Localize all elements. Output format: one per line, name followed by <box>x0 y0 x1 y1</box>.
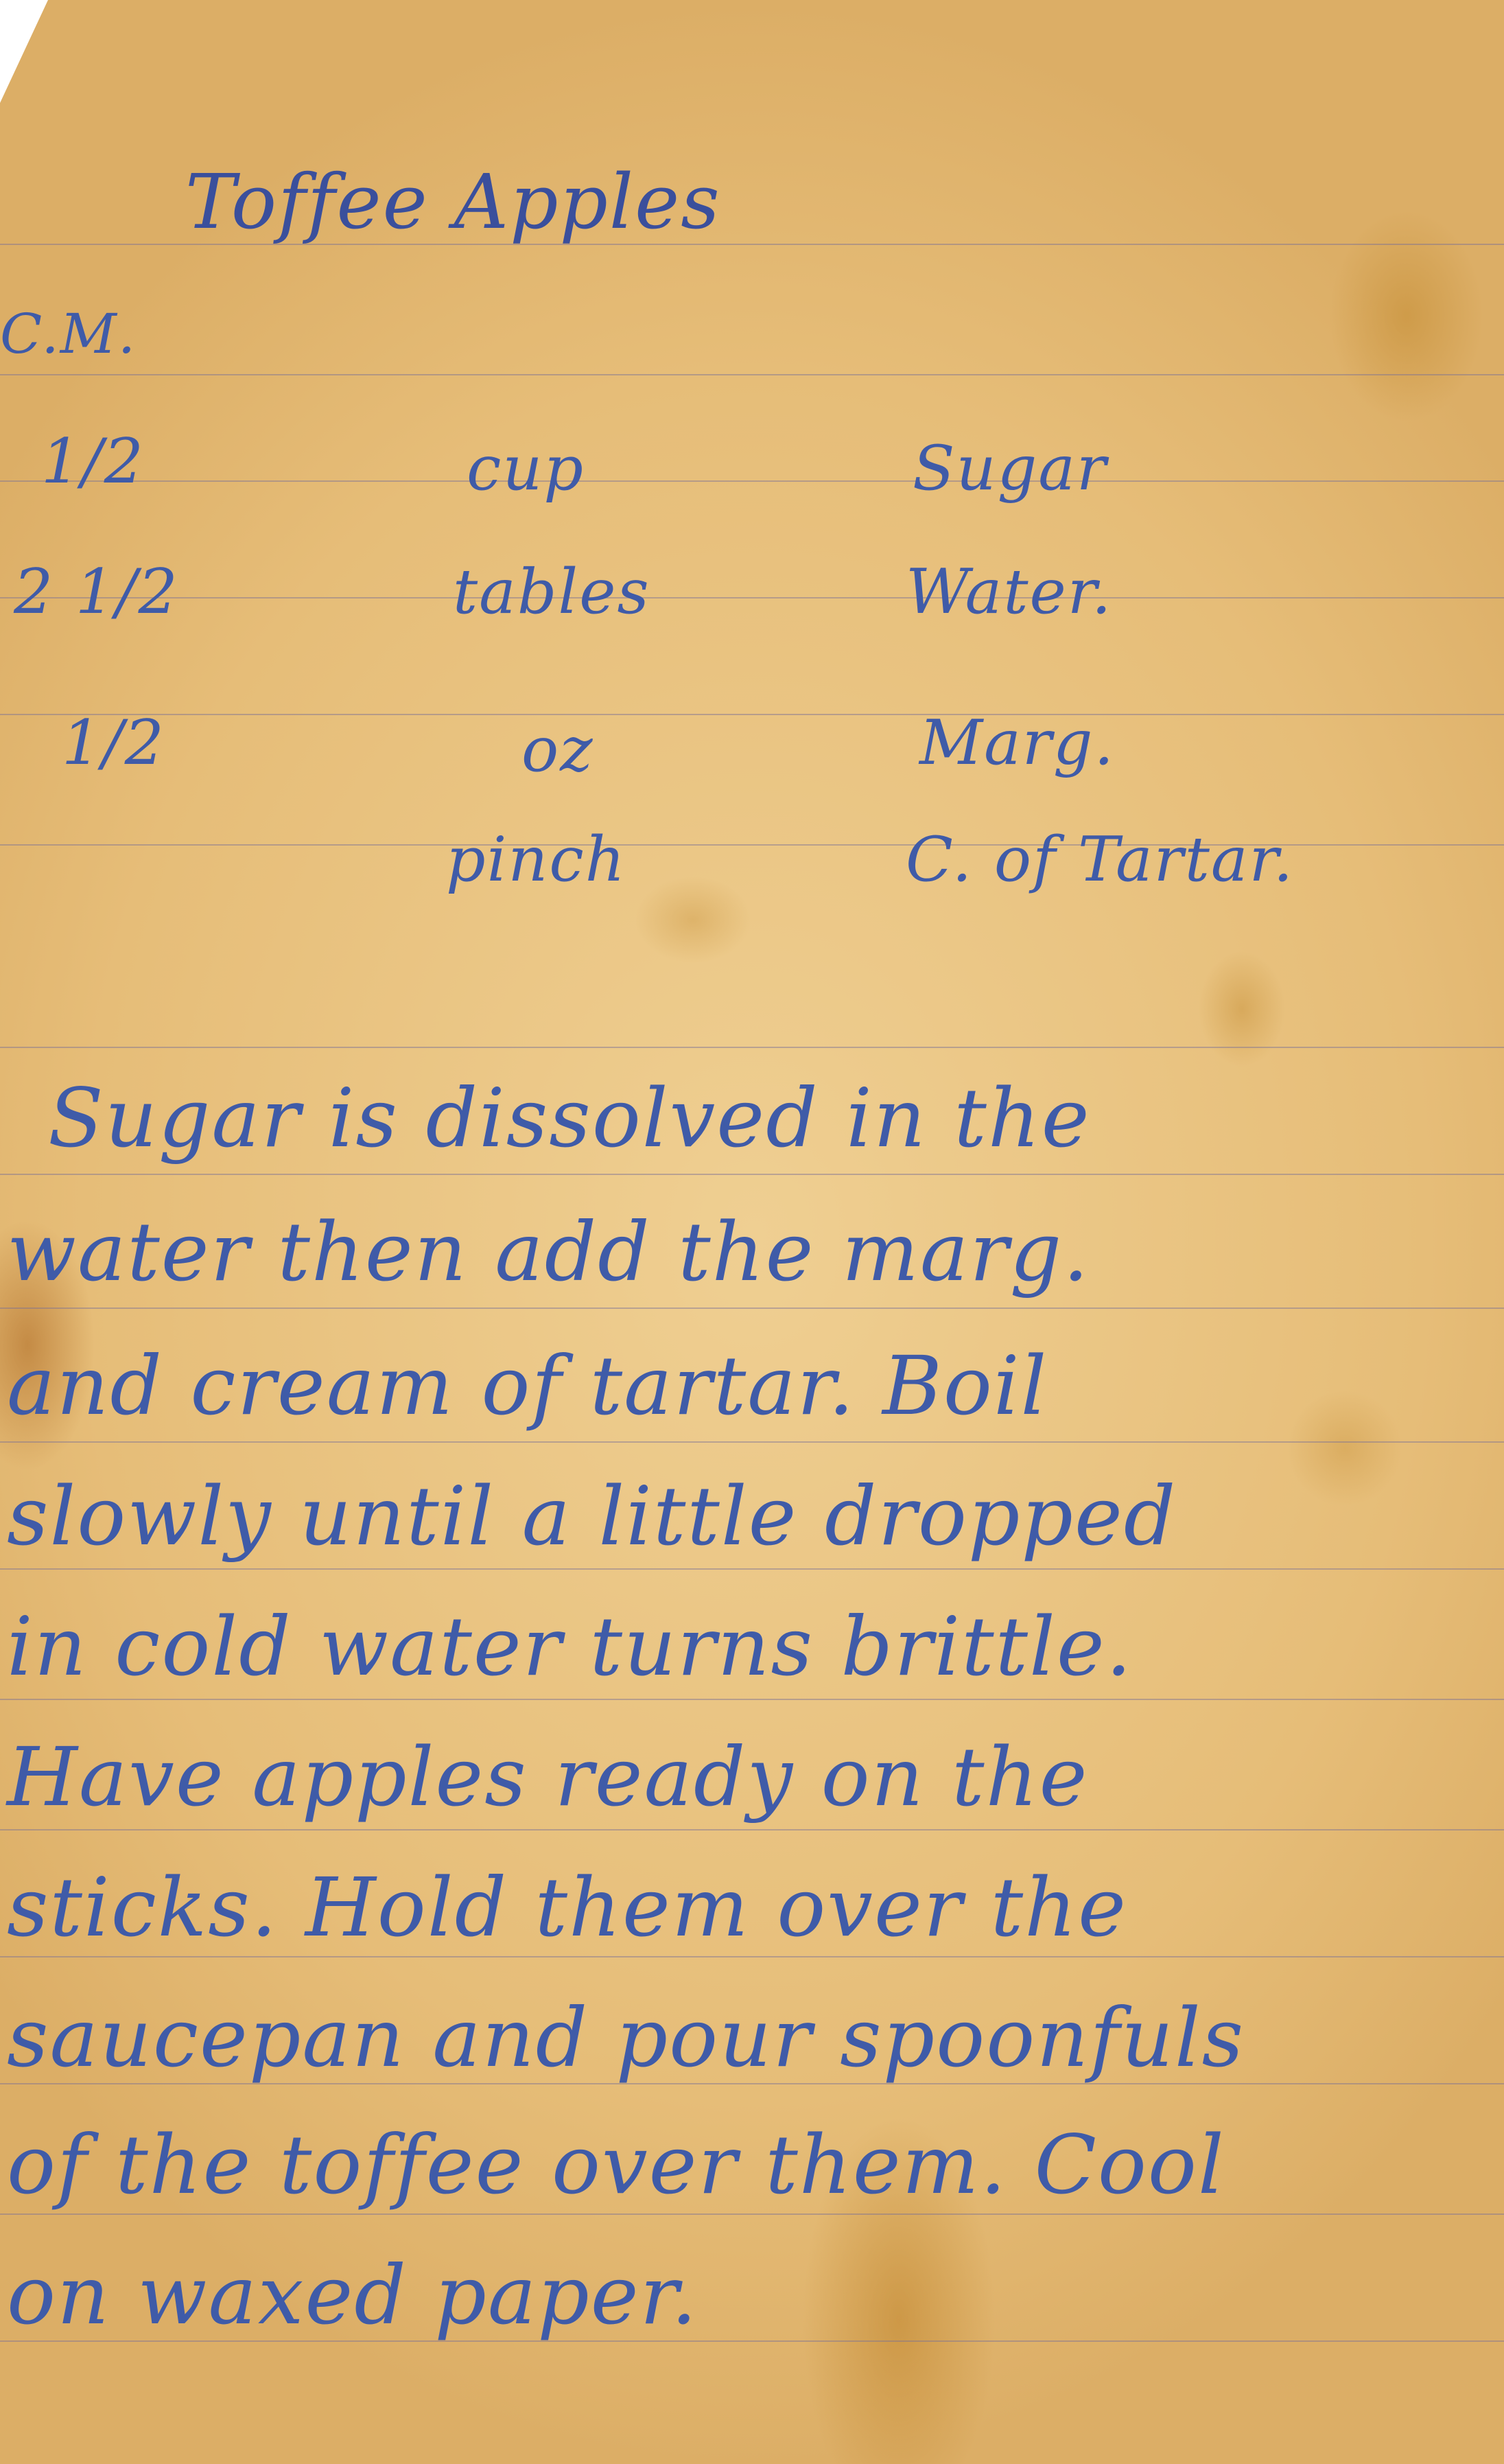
ruled-line <box>0 1047 1504 1048</box>
ingredient-unit: tables <box>453 556 650 628</box>
ingredient-name: Water. <box>906 556 1113 628</box>
ruled-line <box>0 1174 1504 1175</box>
recipe-page: Toffee Apples C.M. 1/2 cup Sugar 2 1/2 t… <box>0 0 1504 2464</box>
method-line: on waxed paper. <box>7 2248 698 2343</box>
ruled-line <box>0 1699 1504 1700</box>
ruled-line <box>0 480 1504 482</box>
ingredient-name: Sugar <box>913 432 1107 504</box>
torn-corner <box>0 0 48 103</box>
method-line: slowly until a little dropped <box>7 1469 1177 1564</box>
ingredient-name: Marg. <box>919 707 1115 779</box>
method-line: saucepan and pour spoonfuls <box>7 1990 1245 2085</box>
ingredient-quantity: 1/2 <box>41 426 145 498</box>
recipe-title: Toffee Apples <box>185 158 721 246</box>
ruled-line <box>0 2213 1504 2215</box>
ingredient-name: C. of Tartar. <box>906 824 1294 896</box>
ingredient-quantity: 2 1/2 <box>14 556 179 628</box>
author-initials: C.M. <box>0 302 137 366</box>
method-line: Have apples ready on the <box>7 1730 1088 1824</box>
ingredient-quantity: 1/2 <box>62 707 165 779</box>
ingredient-unit: pinch <box>446 824 626 896</box>
ruled-line <box>0 374 1504 375</box>
ingredient-unit: oz <box>521 714 594 786</box>
ruled-line <box>0 1568 1504 1570</box>
ruled-line <box>0 1829 1504 1830</box>
ruled-line <box>0 1307 1504 1309</box>
ingredient-unit: cup <box>467 432 585 504</box>
method-line: water then add the marg. <box>7 1205 1090 1299</box>
method-line: of the toffee over them. Cool <box>7 2117 1225 2212</box>
method-line: sticks. Hold them over the <box>7 1860 1127 1955</box>
method-line: Sugar is dissolved in the <box>48 1071 1091 1165</box>
method-line: and cream of tartar. Boil <box>7 1338 1048 1433</box>
ruled-line <box>0 714 1504 715</box>
ruled-line <box>0 1956 1504 1957</box>
ruled-line <box>0 597 1504 598</box>
method-line: in cold water turns brittle. <box>7 1599 1133 1694</box>
ruled-line <box>0 1441 1504 1443</box>
